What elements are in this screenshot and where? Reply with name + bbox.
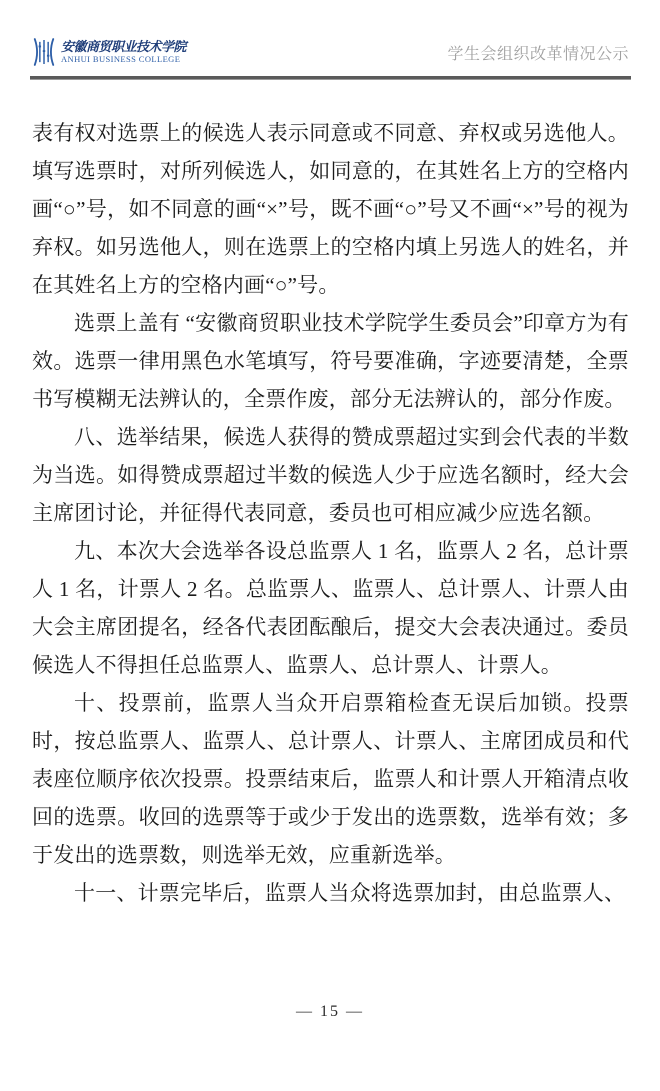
college-logo-text: 安徽商贸职业技术学院 ANHUI BUSINESS COLLEGE xyxy=(61,40,186,65)
header-title: 学生会组织改革情况公示 xyxy=(447,41,629,66)
page-header: 安徽商贸职业技术学院 ANHUI BUSINESS COLLEGE 学生会组织改… xyxy=(32,38,629,66)
college-logo: 安徽商贸职业技术学院 ANHUI BUSINESS COLLEGE xyxy=(32,38,186,66)
college-name-cn: 安徽商贸职业技术学院 xyxy=(61,40,186,54)
document-body: 表有权对选票上的候选人表示同意或不同意、弃权或另选他人。填写选票时，对所列候选人… xyxy=(32,114,629,912)
document-page: 安徽商贸职业技术学院 ANHUI BUSINESS COLLEGE 学生会组织改… xyxy=(0,0,660,1091)
college-name-en: ANHUI BUSINESS COLLEGE xyxy=(61,55,186,64)
page-number: — 15 — xyxy=(0,1003,660,1021)
body-paragraph: 选票上盖有 “安徽商贸职业技术学院学生委员会”印章方为有效。选票一律用黑色水笔填… xyxy=(32,304,629,418)
body-paragraph: 十一、计票完毕后，监票人当众将选票加封，由总监票人、 xyxy=(32,874,629,912)
body-paragraph: 九、本次大会选举各设总监票人 1 名，监票人 2 名，总计票人 1 名，计票人 … xyxy=(32,532,629,684)
college-logo-icon xyxy=(32,38,56,66)
header-divider xyxy=(30,76,631,80)
body-paragraph: 表有权对选票上的候选人表示同意或不同意、弃权或另选他人。填写选票时，对所列候选人… xyxy=(32,114,629,304)
body-paragraph: 八、选举结果，候选人获得的赞成票超过实到会代表的半数为当选。如得赞成票超过半数的… xyxy=(32,418,629,532)
body-paragraph: 十、投票前，监票人当众开启票箱检查无误后加锁。投票时，按总监票人、监票人、总计票… xyxy=(32,684,629,874)
